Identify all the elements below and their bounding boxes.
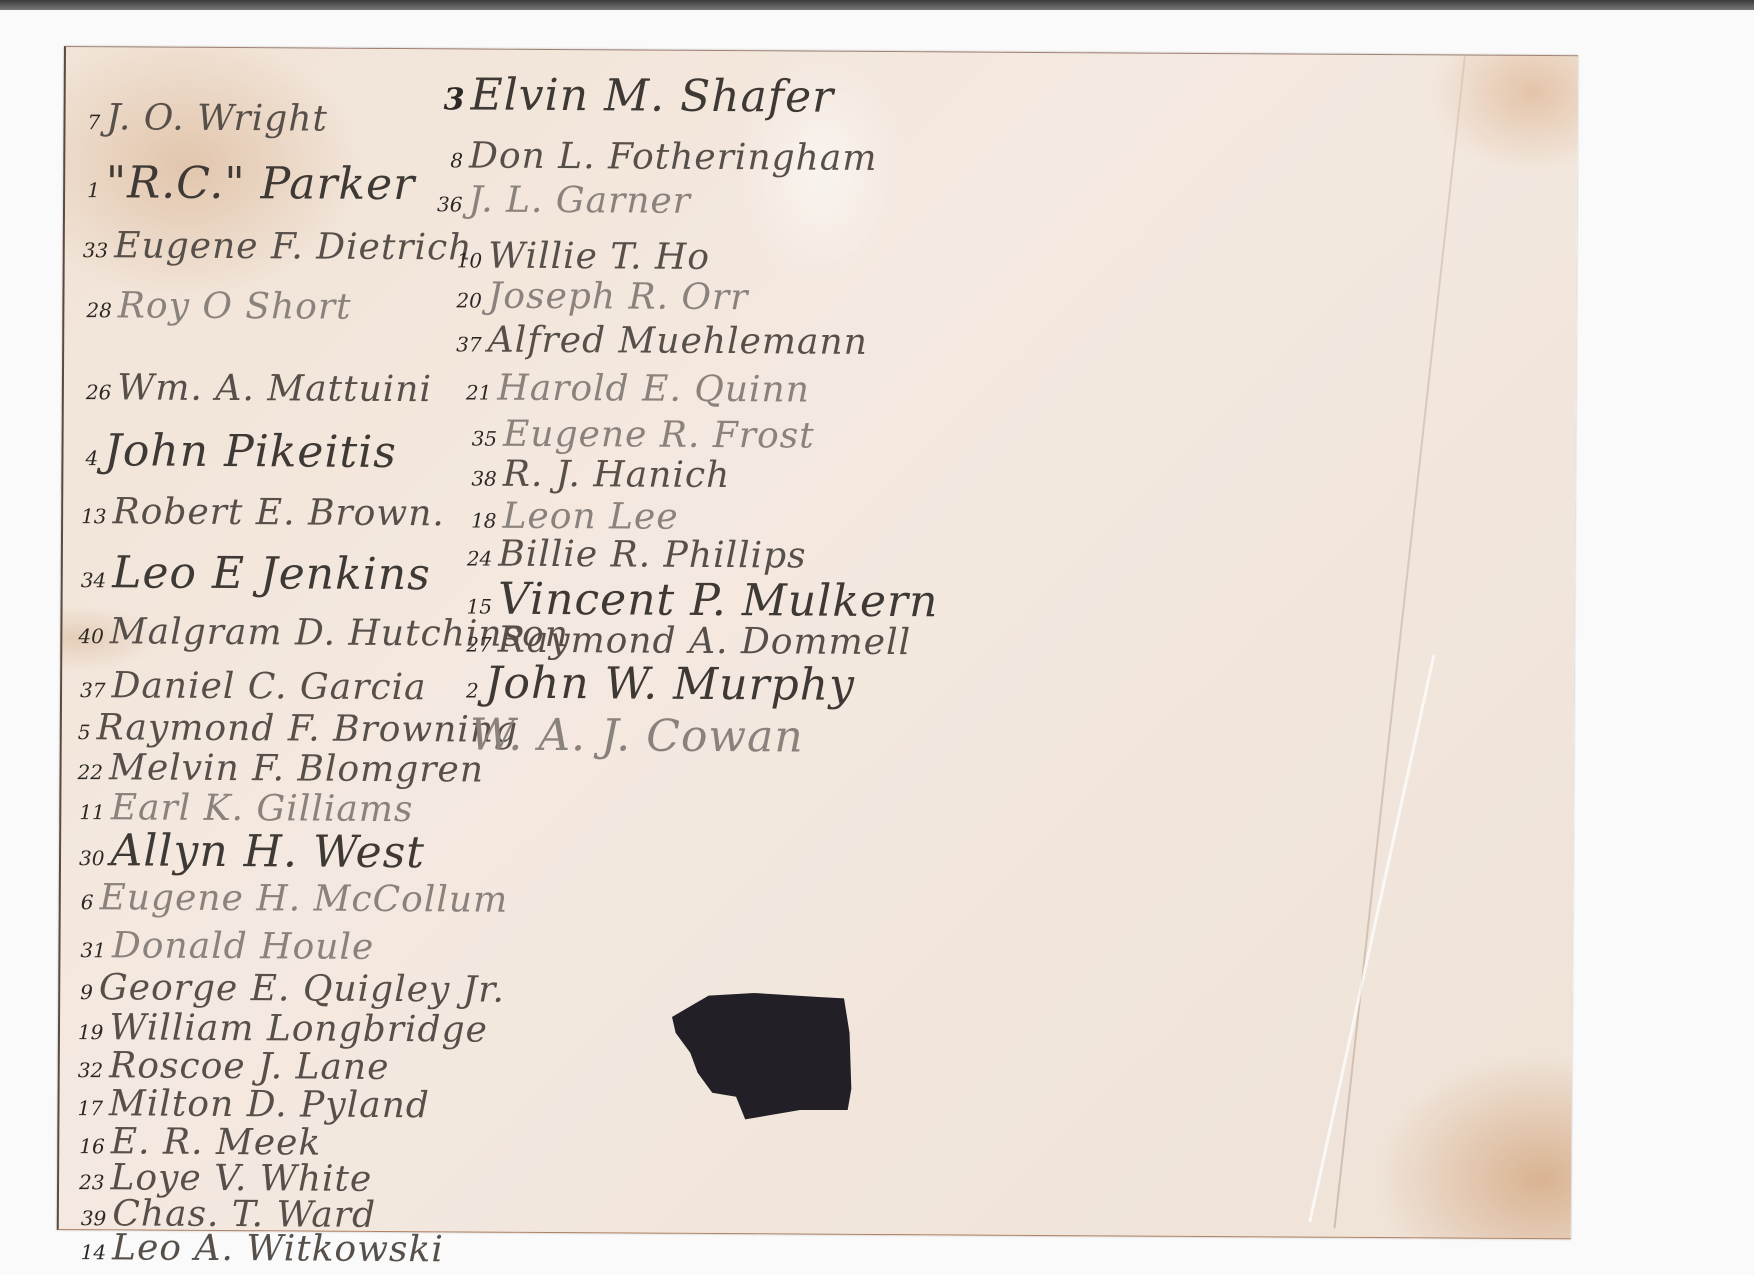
signature-entry: 8Don L. Fotheringham [450,135,877,179]
signature-entry: 3Elvin M. Shafer [444,69,835,122]
signature-name: "R.C." Parker [106,157,416,210]
signature-name: Melvin F. Blomgren [109,747,484,790]
signature-name: Don L. Fotheringham [469,135,878,178]
scanner-edge [0,0,1754,10]
signature-entry: 5Raymond F. Browning [78,707,519,751]
signature-name: J. L. Garner [468,179,691,221]
signature-entry: 37Alfred Muehlemann [456,319,868,363]
signature-name: Raymond F. Browning [96,707,518,751]
signature-name: Leon Lee [502,496,678,538]
signature-name: Raymond A. Dommell [498,620,911,664]
signature-entry: 17Milton D. Pyland [77,1083,430,1126]
signature-name: Leo E Jenkins [112,547,431,600]
signature-entry: 20Joseph R. Orr [456,275,748,318]
signature-name: Eugene F. Dietrich [114,225,472,268]
signature-name: Milton D. Pyland [109,1083,430,1126]
signature-name: Allyn H. West [110,825,425,878]
signature-entry: 35Eugene R. Frost [472,413,815,456]
signature-entry: 2John W. Murphy [466,657,855,710]
signature-entry: 32Roscoe J. Lane [78,1045,390,1088]
signature-entry: 7J. O. Wright [87,97,328,139]
signature-entry: 6Eugene H. McCollum [81,877,509,921]
signature-entry: W. A. J. Cowan [464,709,804,762]
signature-entry: 11Earl K. Gilliams [79,787,413,830]
signature-entry: 33Eugene F. Dietrich [83,225,473,268]
paper-crease [1333,55,1465,1228]
signature-entry: 1"R.C." Parker [87,157,415,210]
signature-entry: 27Raymond A. Dommell [466,619,911,663]
signature-entry: 28Roy O Short [86,285,351,328]
signature-name: Leo A. Witkowski [112,1227,444,1270]
signature-entry: 34Leo E Jenkins [81,547,431,600]
signature-name: Eugene R. Frost [503,414,815,457]
signature-name: John W. Murphy [485,658,855,711]
signature-name: Wm. A. Mattuini [117,367,432,410]
signature-entry: 21Harold E. Quinn [466,367,810,410]
signature-entry: 19William Longbridge [78,1007,488,1051]
signature-name: John Pikeitis [104,425,397,478]
signature-name: Elvin M. Shafer [470,69,834,122]
signature-entry: 24Billie R. Phillips [467,533,807,576]
signature-entry: 36J. L. Garner [437,179,691,222]
signature-entry: 22Melvin F. Blomgren [77,747,484,790]
signature-entry: 31Donald Houle [80,925,374,968]
signature-name: Eugene H. McCollum [99,877,508,920]
signature-name: Robert E. Brown. [112,491,444,534]
signature-entry: 14Leo A. Witkowski [81,1227,444,1270]
signature-name: Earl K. Gilliams [111,787,414,830]
signature-entry: 18Leon Lee [471,495,679,537]
signature-entry: 30Allyn H. West [79,825,425,878]
signature-name: J. O. Wright [106,97,328,139]
signature-entry: 37Daniel C. Garcia [80,665,427,708]
signature-name: Billie R. Phillips [498,534,806,577]
signature-entry: 9George E. Quigley Jr. [80,967,505,1011]
signature-name: Roscoe J. Lane [109,1045,389,1088]
signature-name: Harold E. Quinn [497,368,810,411]
signature-entry: 10Willie T. Ho [457,235,711,278]
signature-name: Joseph R. Orr [488,276,749,319]
signature-name: Donald Houle [112,925,375,968]
signature-entry: 38R. J. Hanich [471,453,730,496]
signature-name: Daniel C. Garcia [111,665,426,708]
signature-name: Roy O Short [118,285,352,327]
signature-entry: 26Wm. A. Mattuini [86,367,432,410]
signature-name: William Longbridge [109,1007,488,1050]
signature-entry: 13Robert E. Brown. [81,491,445,534]
signature-name: Alfred Muehlemann [488,320,868,363]
signature-name: R. J. Hanich [503,454,731,496]
signature-name: W. A. J. Cowan [470,709,804,762]
paper-crease-lower [1308,655,1435,1222]
signature-name: George E. Quigley Jr. [99,967,505,1010]
signature-name: Willie T. Ho [488,236,710,278]
signature-entry: 4John Pikeitis [85,425,397,478]
